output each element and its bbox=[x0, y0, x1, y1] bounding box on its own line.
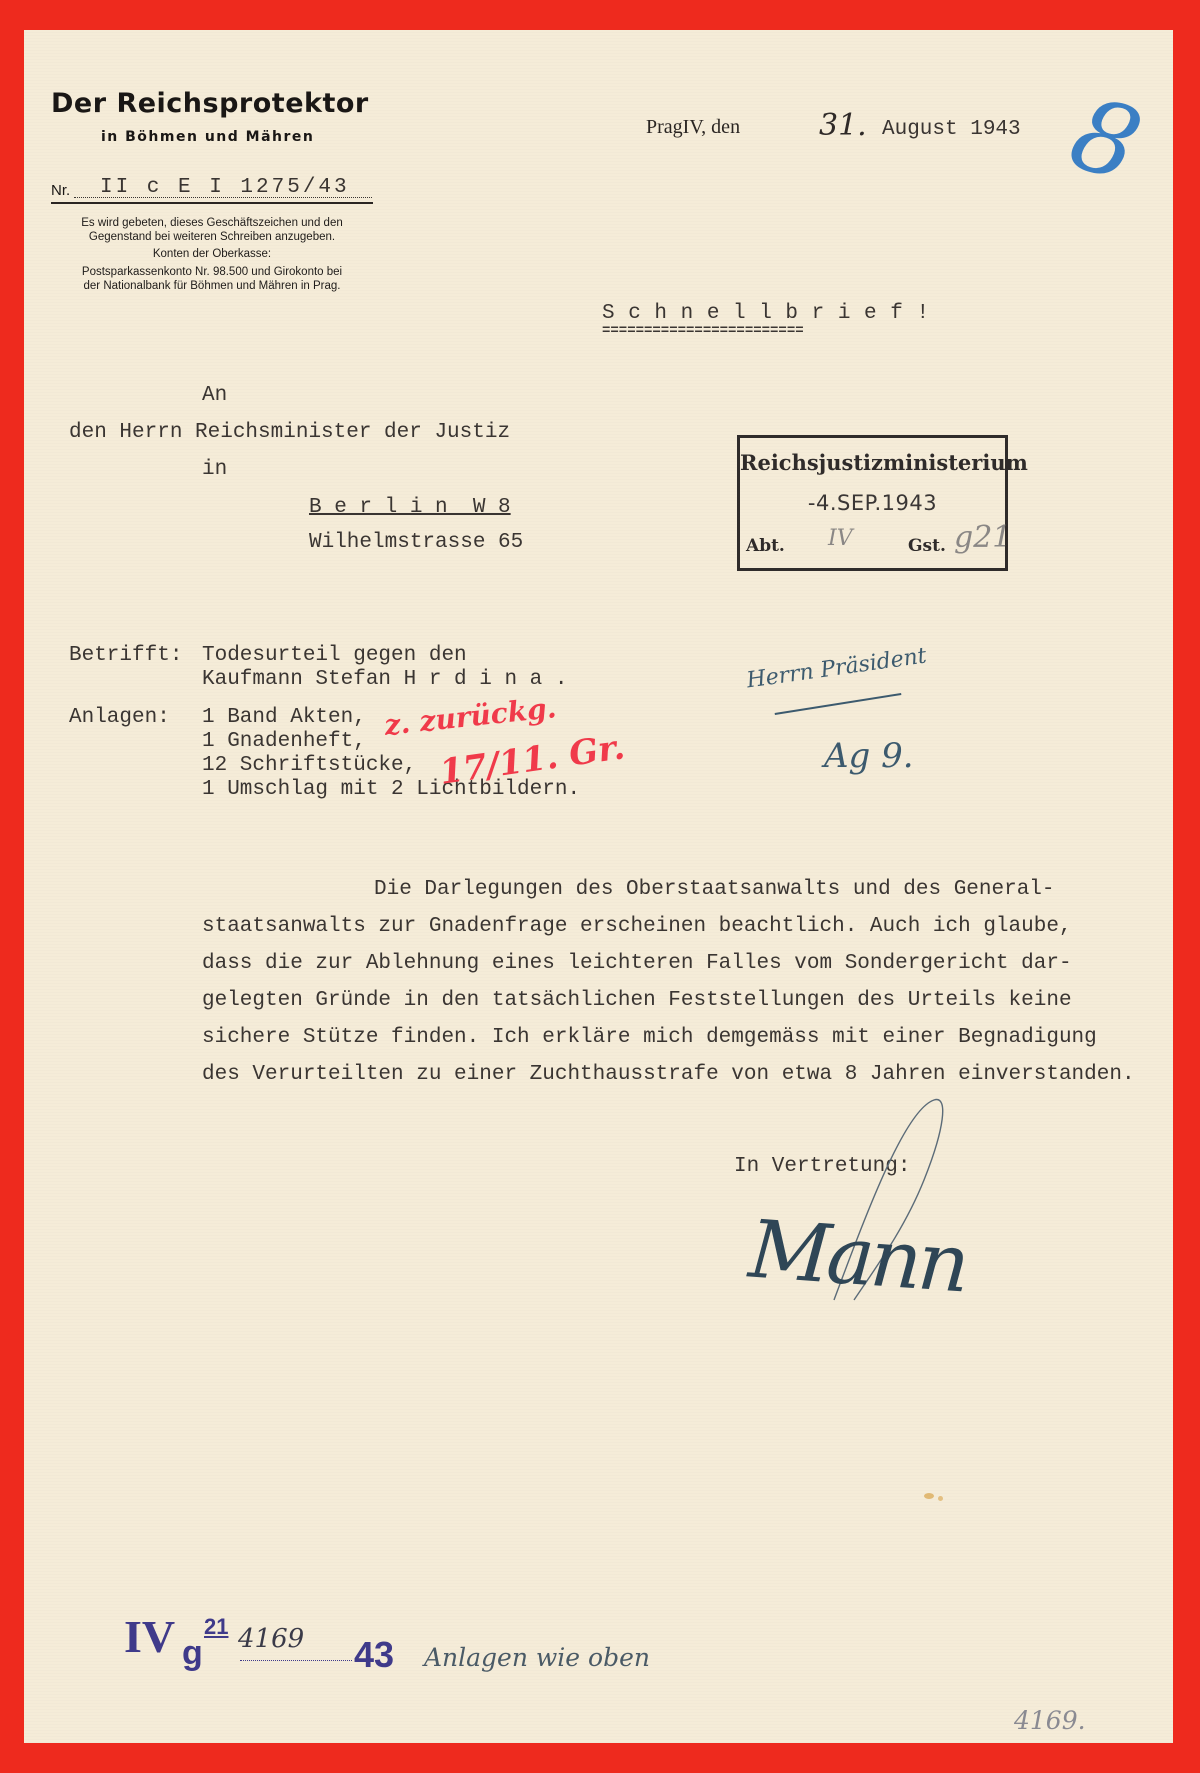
margin-note-initials: Ag 9. bbox=[824, 736, 914, 776]
enclosure-item: 12 Schriftstücke, bbox=[202, 754, 416, 777]
pencil-number: 4169. bbox=[1014, 1706, 1086, 1735]
paper-stain bbox=[938, 1496, 943, 1501]
body-line: gelegten Gründe in den tatsächlichen Fes… bbox=[202, 989, 1072, 1012]
body-line: staatsanwalts zur Gnadenfrage erscheinen… bbox=[202, 915, 1072, 938]
enclosures-label: Anlagen: bbox=[69, 706, 170, 729]
dateline-place: PragIV, den bbox=[646, 116, 740, 139]
enclosure-item: 1 Band Akten, bbox=[202, 706, 366, 729]
subject-line-1: Todesurteil gegen den bbox=[202, 644, 467, 667]
reference-number-value: II c E I 1275/43 bbox=[100, 176, 350, 199]
file-stamp-dotted-line bbox=[240, 1660, 352, 1661]
recipient-city: B e r l i n W 8 bbox=[309, 496, 511, 519]
recipient-street: Wilhelmstrasse 65 bbox=[309, 531, 523, 554]
corner-blue-mark: 8 bbox=[1060, 83, 1151, 198]
stamp-gst-label: Gst. bbox=[908, 536, 946, 556]
file-stamp-g: g bbox=[182, 1634, 203, 1673]
file-stamp-note: Anlagen wie oben bbox=[424, 1643, 650, 1672]
reference-number-label: Nr. bbox=[51, 182, 70, 199]
file-stamp-number: 4169 bbox=[238, 1624, 304, 1654]
document-page: Der Reichsprotektor in Böhmen und Mähren… bbox=[24, 30, 1173, 1743]
file-stamp-year: 43 bbox=[354, 1634, 394, 1676]
margin-note-text: Herrn Präsident bbox=[745, 644, 928, 694]
letterhead-accounts-2: der Nationalbank für Böhmen und Mähren i… bbox=[51, 279, 373, 293]
body-line: dass die zur Ablehnung eines leichteren … bbox=[202, 952, 1072, 975]
paper-stain bbox=[924, 1493, 934, 1499]
recipient-in: in bbox=[202, 458, 227, 481]
dateline-month-year: August 1943 bbox=[882, 118, 1021, 141]
letterhead-notice-1: Es wird gebeten, dieses Geschäftszeichen… bbox=[51, 216, 373, 230]
enclosure-item: 1 Gnadenheft, bbox=[202, 730, 366, 753]
dateline-day-handwritten: 31. bbox=[819, 108, 867, 143]
file-stamp-prefix: IV bbox=[124, 1610, 175, 1663]
urgency-underline: ======================== bbox=[602, 323, 804, 339]
recipient-name: den Herrn Reichsminister der Justiz bbox=[69, 421, 510, 444]
subject-line-2: Kaufmann Stefan H r d i n a . bbox=[202, 668, 567, 691]
red-annotation-1: z. zurückg. bbox=[383, 691, 558, 742]
file-stamp-sup: 21 bbox=[204, 1614, 228, 1640]
stamp-abt-value: IV bbox=[828, 526, 853, 551]
body-line: Die Darlegungen des Oberstaatsanwalts un… bbox=[374, 878, 1055, 901]
stamp-date: -4.SEP.1943 bbox=[740, 491, 1005, 515]
stamp-gst-value: g21 bbox=[954, 520, 1011, 555]
urgency-label: S c h n e l l b r i e f ! bbox=[602, 302, 930, 325]
letterhead-notice-2: Gegenstand bei weiteren Schreiben anzuge… bbox=[51, 230, 373, 244]
letterhead-accounts-1: Postsparkassenkonto Nr. 98.500 und Girok… bbox=[51, 265, 373, 279]
margin-note-underline bbox=[775, 693, 902, 715]
letterhead-subtitle: in Böhmen und Mähren bbox=[101, 129, 314, 145]
stamp-ministry-title: Reichsjustizministerium bbox=[740, 450, 1005, 475]
letterhead-accounts-heading: Konten der Oberkasse: bbox=[51, 247, 373, 261]
body-line: sichere Stütze finden. Ich erkläre mich … bbox=[202, 1026, 1097, 1049]
subject-label: Betrifft: bbox=[69, 644, 182, 667]
letterhead-rule bbox=[51, 202, 373, 204]
stamp-abt-label: Abt. bbox=[746, 536, 785, 556]
received-stamp: Reichsjustizministerium -4.SEP.1943 Abt.… bbox=[737, 435, 1008, 571]
letterhead-title: Der Reichsprotektor bbox=[51, 88, 369, 119]
recipient-an: An bbox=[202, 384, 227, 407]
signature: Mann bbox=[746, 1203, 969, 1311]
